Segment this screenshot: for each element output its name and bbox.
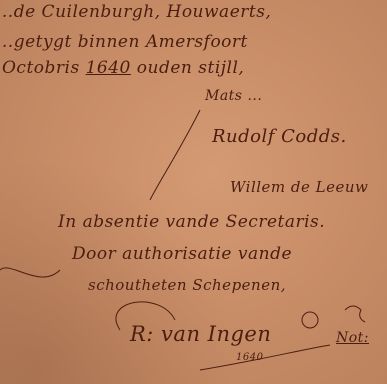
text-line-1: ...de Cuilenburgh, Houwaerts, — [0, 2, 271, 22]
signature-2: Rudolf Codds. — [212, 126, 347, 147]
manuscript-page: ...de Cuilenburgh, Houwaerts, ...getygt … — [0, 0, 387, 384]
notary-mark: Not: — [336, 330, 369, 346]
attestation-line-3: schoutheten Schepenen, — [88, 276, 286, 294]
signature-3: Willem de Leeuw — [230, 178, 368, 196]
style-note: ouden stijll, — [137, 58, 245, 78]
month: Octobris — [2, 58, 80, 78]
small-date: 1640 — [236, 352, 263, 363]
attestation-line-1: In absentie vande Secretaris. — [58, 212, 325, 232]
attestation-line-2: Door authorisatie vande — [72, 244, 292, 264]
text-line-3: Octobris 1640 ouden stijll, — [2, 58, 244, 78]
signature-1: Mats ... — [205, 88, 262, 104]
year: 1640 — [86, 58, 131, 78]
text-line-2: ...getygt binnen Amersfoort — [0, 32, 248, 52]
final-signature: R: van Ingen — [130, 322, 271, 346]
